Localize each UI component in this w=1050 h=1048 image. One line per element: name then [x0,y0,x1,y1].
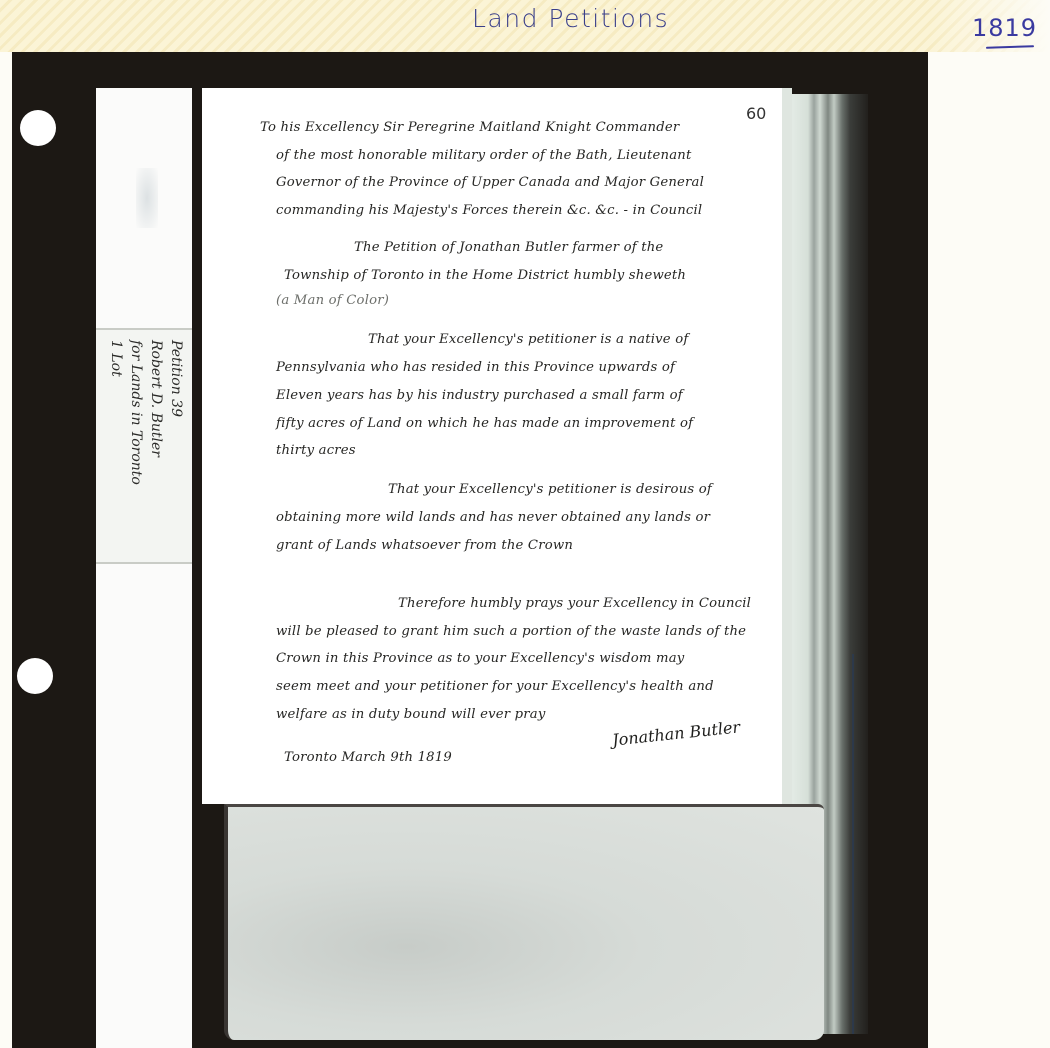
docket-line: Robert D. Butler [146,340,166,556]
docket-line: for Lands in Toronto [126,340,146,556]
docket-strip [96,88,192,1048]
collection-year: 1819 [972,14,1037,42]
petition-date: Toronto March 9th 1819 [284,750,452,765]
punch-hole-icon [17,658,53,694]
petition-line: of the most honorable military order of … [276,148,692,163]
petition-line: welfare as in duty bound will ever pray [276,707,546,722]
petition-line: seem meet and your petitioner for your E… [276,679,714,694]
petition-line: Eleven years has by his industry purchas… [276,388,683,403]
docket-label: Petition 39 Robert D. Butler for Lands i… [96,328,192,564]
petition-line: The Petition of Jonathan Butler farmer o… [354,240,663,255]
petition-line: grant of Lands whatsoever from the Crown [276,538,573,553]
petition-page: 60 To his Excellency Sir Peregrine Maitl… [202,88,792,804]
petition-line: Governor of the Province of Upper Canada… [276,175,704,190]
petition-annotation: (a Man of Color) [276,293,389,308]
petition-line: Pennsylvania who has resided in this Pro… [276,360,675,375]
petition-line: obtaining more wild lands and has never … [276,510,710,525]
petitioner-signature: Jonathan Butler [611,717,741,749]
page-number: 60 [746,104,766,123]
binder-sheet: Petition 39 Robert D. Butler for Lands i… [12,52,928,1048]
petition-line: That your Excellency's petitioner is a n… [368,332,688,347]
petition-line: thirty acres [276,443,356,458]
petition-line: Therefore humbly prays your Excellency i… [398,596,751,611]
petition-line: That your Excellency's petitioner is des… [388,482,712,497]
petition-line: Township of Toronto in the Home District… [284,268,686,283]
docket-line: Petition 39 [166,340,186,556]
punch-hole-icon [20,110,56,146]
petition-line: Crown in this Province as to your Excell… [276,651,684,666]
lower-blank-sheet [224,804,824,1040]
petition-line: commanding his Majesty's Forces therein … [276,203,702,218]
docket-line: 1 Lot [106,340,126,556]
petition-line: will be pleased to grant him such a port… [276,624,746,639]
petition-line: To his Excellency Sir Peregrine Maitland… [260,120,679,135]
collection-title: Land Petitions [472,4,669,33]
petition-line: fifty acres of Land on which he has made… [276,416,693,431]
